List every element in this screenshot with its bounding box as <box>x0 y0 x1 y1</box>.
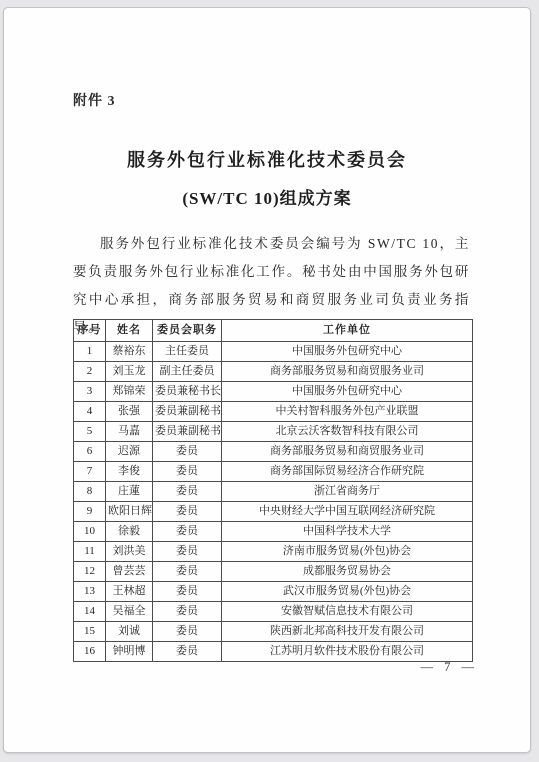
table-body: 1蔡裕东主任委员中国服务外包研究中心2刘玉龙副主任委员商务部服务贸易和商贸服务业… <box>74 342 473 662</box>
cell-name: 庄蓮 <box>106 482 153 502</box>
cell-organization: 中央财经大学中国互联网经济研究院 <box>222 502 473 522</box>
cell-no: 16 <box>74 642 106 662</box>
cell-no: 13 <box>74 582 106 602</box>
cell-organization: 济南市服务贸易(外包)协会 <box>222 542 473 562</box>
cell-no: 2 <box>74 362 106 382</box>
table-row: 11刘洪美委员济南市服务贸易(外包)协会 <box>74 542 473 562</box>
cell-position: 委员 <box>153 622 222 642</box>
cell-name: 迟源 <box>106 442 153 462</box>
cell-no: 11 <box>74 542 106 562</box>
table-row: 7李俊委员商务部国际贸易经济合作研究院 <box>74 462 473 482</box>
cell-no: 4 <box>74 402 106 422</box>
title-line-1: 服务外包行业标准化技术委员会 <box>4 146 530 172</box>
cell-position: 委员 <box>153 462 222 482</box>
column-header-name: 姓名 <box>106 320 153 342</box>
cell-position: 委员 <box>153 522 222 542</box>
document-page: 附件 3 服务外包行业标准化技术委员会 (SW/TC 10)组成方案 服务外包行… <box>3 7 531 753</box>
table-row: 13王林超委员武汉市服务贸易(外包)协会 <box>74 582 473 602</box>
cell-no: 5 <box>74 422 106 442</box>
table-row: 4张强委员兼副秘书长中关村智科服务外包产业联盟 <box>74 402 473 422</box>
cell-position: 委员 <box>153 642 222 662</box>
cell-position: 委员 <box>153 502 222 522</box>
cell-name: 张强 <box>106 402 153 422</box>
table-row: 16钟明博委员江苏明月软件技术股份有限公司 <box>74 642 473 662</box>
cell-position: 委员 <box>153 602 222 622</box>
title-line-2: (SW/TC 10)组成方案 <box>4 184 530 209</box>
cell-position: 委员 <box>153 562 222 582</box>
cell-name: 刘玉龙 <box>106 362 153 382</box>
cell-position: 委员兼副秘书长 <box>153 402 222 422</box>
cell-position: 委员 <box>153 582 222 602</box>
cell-organization: 安徽智赋信息技术有限公司 <box>222 602 473 622</box>
column-header-position: 委员会职务 <box>153 320 222 342</box>
cell-organization: 北京云沃客数智科技有限公司 <box>222 422 473 442</box>
table-row: 2刘玉龙副主任委员商务部服务贸易和商贸服务业司 <box>74 362 473 382</box>
cell-position: 委员兼副秘书长 <box>153 422 222 442</box>
cell-name: 郑锦荣 <box>106 382 153 402</box>
cell-organization: 江苏明月软件技术股份有限公司 <box>222 642 473 662</box>
table-row: 15刘诚委员陕西新北邦高科技开发有限公司 <box>74 622 473 642</box>
committee-table: 序号姓名委员会职务工作单位 1蔡裕东主任委员中国服务外包研究中心2刘玉龙副主任委… <box>73 319 473 662</box>
cell-organization: 中国服务外包研究中心 <box>222 382 473 402</box>
cell-name: 钟明博 <box>106 642 153 662</box>
attachment-label: 附件 3 <box>73 90 116 110</box>
cell-no: 9 <box>74 502 106 522</box>
cell-position: 委员 <box>153 442 222 462</box>
table-row: 10徐毅委员中国科学技术大学 <box>74 522 473 542</box>
cell-name: 王林超 <box>106 582 153 602</box>
cell-position: 委员 <box>153 482 222 502</box>
table-row: 9欧阳日辉委员中央财经大学中国互联网经济研究院 <box>74 502 473 522</box>
cell-name: 李俊 <box>106 462 153 482</box>
cell-organization: 商务部服务贸易和商贸服务业司 <box>222 362 473 382</box>
cell-name: 曾芸芸 <box>106 562 153 582</box>
cell-position: 副主任委员 <box>153 362 222 382</box>
table-row: 3郑锦荣委员兼秘书长中国服务外包研究中心 <box>74 382 473 402</box>
cell-organization: 中国服务外包研究中心 <box>222 342 473 362</box>
table-row: 14吴福全委员安徽智赋信息技术有限公司 <box>74 602 473 622</box>
cell-no: 1 <box>74 342 106 362</box>
cell-name: 刘诚 <box>106 622 153 642</box>
cell-organization: 中关村智科服务外包产业联盟 <box>222 402 473 422</box>
cell-no: 12 <box>74 562 106 582</box>
cell-organization: 成都服务贸易协会 <box>222 562 473 582</box>
cell-no: 14 <box>74 602 106 622</box>
cell-no: 10 <box>74 522 106 542</box>
cell-name: 吴福全 <box>106 602 153 622</box>
cell-organization: 陕西新北邦高科技开发有限公司 <box>222 622 473 642</box>
column-header-no: 序号 <box>74 320 106 342</box>
cell-name: 徐毅 <box>106 522 153 542</box>
cell-organization: 武汉市服务贸易(外包)协会 <box>222 582 473 602</box>
table-row: 5马嚞委员兼副秘书长北京云沃客数智科技有限公司 <box>74 422 473 442</box>
cell-no: 6 <box>74 442 106 462</box>
cell-organization: 浙江省商务厅 <box>222 482 473 502</box>
document-title: 服务外包行业标准化技术委员会 (SW/TC 10)组成方案 <box>4 146 530 209</box>
cell-organization: 商务部服务贸易和商贸服务业司 <box>222 442 473 462</box>
cell-organization: 中国科学技术大学 <box>222 522 473 542</box>
table-row: 8庄蓮委员浙江省商务厅 <box>74 482 473 502</box>
cell-name: 刘洪美 <box>106 542 153 562</box>
cell-position: 主任委员 <box>153 342 222 362</box>
cell-no: 15 <box>74 622 106 642</box>
cell-organization: 商务部国际贸易经济合作研究院 <box>222 462 473 482</box>
table-row: 1蔡裕东主任委员中国服务外包研究中心 <box>74 342 473 362</box>
cell-no: 3 <box>74 382 106 402</box>
table-header-row: 序号姓名委员会职务工作单位 <box>74 320 473 342</box>
column-header-organization: 工作单位 <box>222 320 473 342</box>
cell-position: 委员 <box>153 542 222 562</box>
cell-name: 欧阳日辉 <box>106 502 153 522</box>
cell-no: 8 <box>74 482 106 502</box>
cell-position: 委员兼秘书长 <box>153 382 222 402</box>
cell-name: 马嚞 <box>106 422 153 442</box>
table-row: 12曾芸芸委员成都服务贸易协会 <box>74 562 473 582</box>
page-number: — 7 — <box>421 660 479 675</box>
cell-name: 蔡裕东 <box>106 342 153 362</box>
cell-no: 7 <box>74 462 106 482</box>
table-row: 6迟源委员商务部服务贸易和商贸服务业司 <box>74 442 473 462</box>
